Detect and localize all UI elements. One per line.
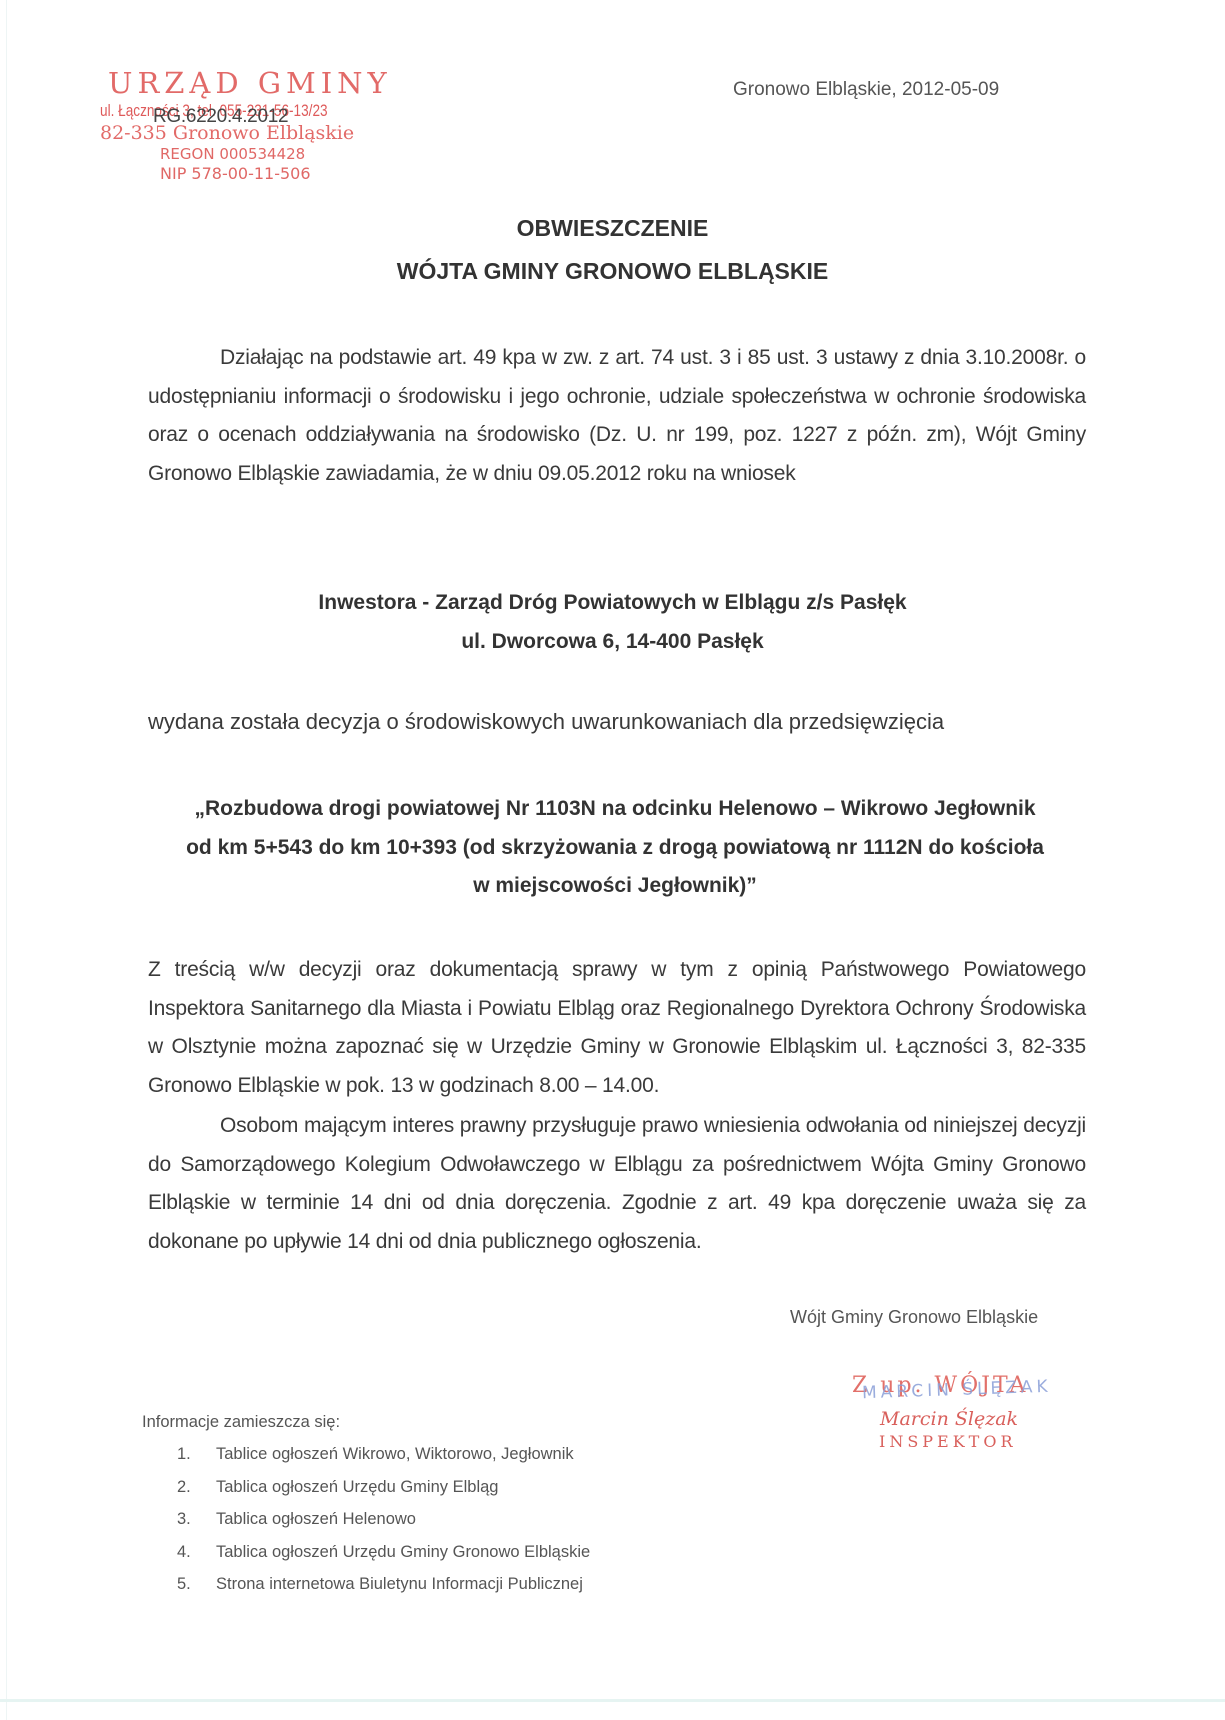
list-item: 4.Tablica ogłoszeń Urzędu Gminy Gronowo …: [142, 1536, 590, 1569]
appeal-paragraph: Osobom mającym interes prawny przysługuj…: [148, 1107, 1086, 1261]
reference-number: RG.6220.4.2012: [153, 106, 288, 128]
intro-paragraph-text: Działając na podstawie art. 49 kpa w zw.…: [148, 346, 1086, 485]
stamp-title: URZĄD GMINY: [108, 66, 400, 100]
list-item-text: Tablica ogłoszeń Urzędu Gminy Gronowo El…: [216, 1543, 590, 1561]
signature-stamp: Z up. WÓJTA MARCIN ŚLĘZAK Marcin Ślęzak …: [852, 1372, 1092, 1452]
distribution-items: 1.Tablice ogłoszeń Wikrowo, Wiktorowo, J…: [142, 1438, 590, 1601]
list-item-text: Tablice ogłoszeń Wikrowo, Wiktorowo, Jeg…: [216, 1445, 574, 1463]
list-item-number: 2.: [177, 1471, 216, 1504]
signatory-role: INSPEKTOR: [879, 1432, 1092, 1452]
project-title-line: w miejscowości Jegłownik)”: [140, 867, 1090, 906]
scan-edge-bottom: [0, 1699, 1225, 1702]
project-title: „Rozbudowa drogi powiatowej Nr 1103N na …: [140, 790, 1090, 906]
signature-title: Wójt Gminy Gronowo Elbląskie: [790, 1307, 1038, 1328]
distribution-list: Informacje zamieszcza się: 1.Tablice ogł…: [142, 1406, 590, 1601]
list-item: 5.Strona internetowa Biuletynu Informacj…: [142, 1568, 590, 1601]
list-item-number: 3.: [177, 1503, 216, 1536]
place-and-date: Gronowo Elbląskie, 2012-05-09: [733, 79, 999, 101]
document-subtitle: WÓJTA GMINY GRONOWO ELBLĄSKIE: [0, 258, 1225, 285]
signatory-name: Marcin Ślęzak: [880, 1406, 1092, 1432]
investor-address: ul. Dworcowa 6, 14-400 Pasłęk: [0, 622, 1225, 661]
list-item: 1.Tablice ogłoszeń Wikrowo, Wiktorowo, J…: [142, 1438, 590, 1471]
distribution-heading: Informacje zamieszcza się:: [142, 1406, 590, 1438]
info-paragraph: Z treścią w/w decyzji oraz dokumentacją …: [148, 951, 1086, 1105]
investor-block: Inwestora - Zarząd Dróg Powiatowych w El…: [0, 583, 1225, 661]
appeal-paragraph-text: Osobom mającym interes prawny przysługuj…: [148, 1114, 1086, 1253]
project-title-line: „Rozbudowa drogi powiatowej Nr 1103N na …: [140, 790, 1090, 829]
stamp-regon: REGON 000534428: [160, 144, 400, 164]
intro-paragraph: Działając na podstawie art. 49 kpa w zw.…: [148, 339, 1086, 493]
list-item: 3.Tablica ogłoszeń Helenowo: [142, 1503, 590, 1536]
list-item: 2.Tablica ogłoszeń Urzędu Gminy Elbląg: [142, 1471, 590, 1504]
list-item-number: 1.: [177, 1438, 216, 1471]
list-item-text: Tablica ogłoszeń Helenowo: [216, 1510, 416, 1528]
document-title: OBWIESZCZENIE: [0, 215, 1225, 242]
list-item-text: Strona internetowa Biuletynu Informacji …: [216, 1575, 583, 1593]
project-title-line: od km 5+543 do km 10+393 (od skrzyżowani…: [140, 829, 1090, 868]
list-item-text: Tablica ogłoszeń Urzędu Gminy Elbląg: [216, 1478, 498, 1496]
list-item-number: 4.: [177, 1536, 216, 1569]
investor-name: Inwestora - Zarząd Dróg Powiatowych w El…: [0, 583, 1225, 622]
list-item-number: 5.: [177, 1568, 216, 1601]
decision-statement: wydana została decyzja o środowiskowych …: [148, 709, 944, 735]
stamp-nip: NIP 578-00-11-506: [160, 164, 400, 184]
